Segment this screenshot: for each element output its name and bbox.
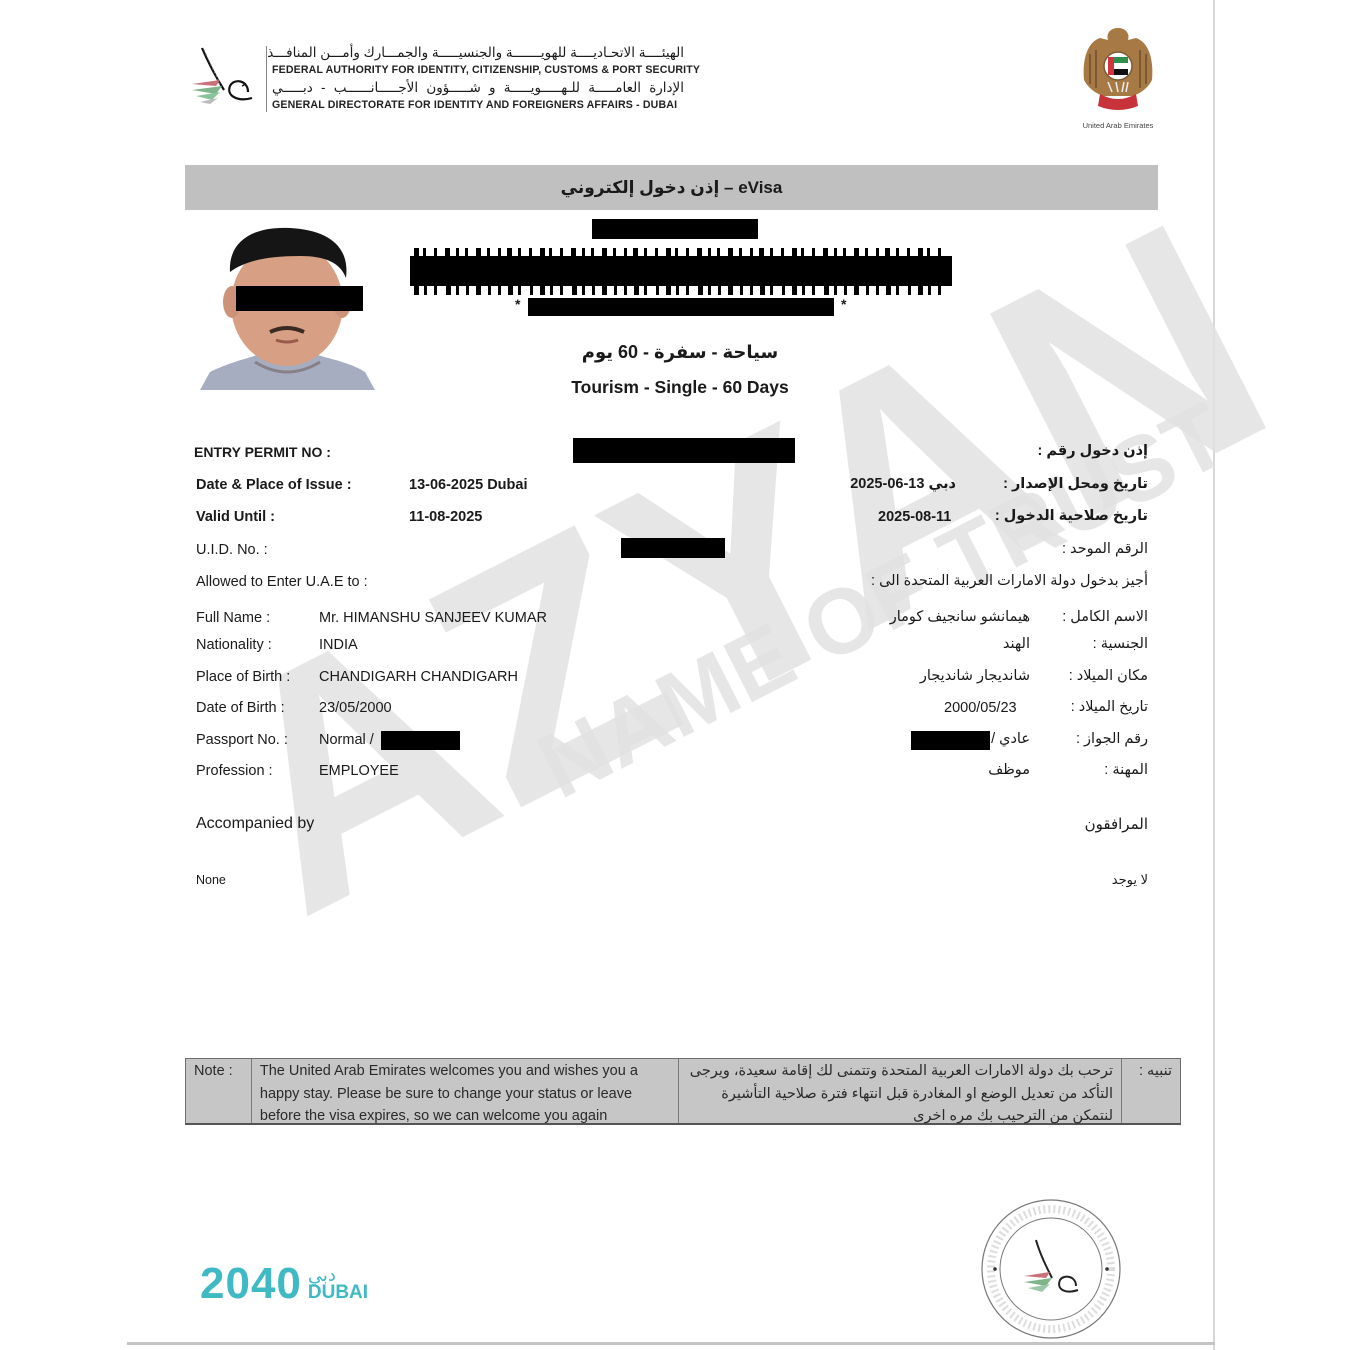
- accompanied-value-en: None: [196, 873, 226, 887]
- date-of-birth-label-en: Date of Birth :: [196, 700, 285, 716]
- visa-type-en: Tourism - Single - 60 Days: [400, 377, 960, 398]
- valid-until-value-ar: 2025-08-11: [878, 509, 951, 525]
- full-name-label-ar: الاسم الكامل :: [1062, 609, 1148, 625]
- note-label-ar: تنبيه :: [1122, 1059, 1180, 1123]
- passport-value-ar: عادي /: [991, 731, 1030, 747]
- place-of-birth-value-en: CHANDIGARH CHANDIGARH: [319, 669, 518, 685]
- profession-value-ar: موظف: [988, 762, 1030, 778]
- allowed-label-en: Allowed to Enter U.A.E to :: [196, 574, 368, 590]
- place-of-birth-value-ar: شانديجار شانديجار: [920, 668, 1030, 684]
- nationality-label-ar: الجنسية :: [1093, 636, 1148, 652]
- redacted-barcode-text: [528, 298, 834, 316]
- accompanied-label-en: Accompanied by: [196, 815, 314, 833]
- profession-value-en: EMPLOYEE: [319, 763, 399, 779]
- valid-until-value-en: 11-08-2025: [409, 509, 482, 525]
- issue-label-ar: تاريخ ومحل الإصدار :: [1003, 476, 1148, 492]
- profession-label-en: Profession :: [196, 763, 273, 779]
- full-name-value-ar: هيمانشو سانجيف كومار: [890, 609, 1030, 625]
- full-name-label-en: Full Name :: [196, 610, 270, 626]
- valid-until-label-en: Valid Until :: [196, 509, 275, 525]
- issue-value-ar: 2025-06-13 دبي: [850, 476, 956, 492]
- falcon-logo-icon: [190, 40, 262, 112]
- barcode-asterisk-right: *: [841, 296, 846, 312]
- note-text-ar: ترحب بك دولة الامارات العربية المتحدة وت…: [679, 1059, 1122, 1123]
- date-of-birth-value-ar: 2000/05/23: [944, 700, 1017, 716]
- accompanied-value-ar: لا يوجد: [1112, 872, 1148, 888]
- accompanied-label-ar: المرافقون: [1085, 815, 1148, 833]
- dubai-2040-en: DUBAI: [308, 1284, 368, 1302]
- page-right-edge: [1213, 0, 1215, 1350]
- page-bottom-edge: [127, 1342, 1215, 1345]
- uid-label-ar: الرقم الموحد :: [1062, 541, 1148, 557]
- full-name-value-en: Mr. HIMANSHU SANJEEV KUMAR: [319, 610, 547, 626]
- directorate-name-ar: الإدارة العامـــــة للـهـــــويـــــة و …: [272, 79, 684, 97]
- evisa-title-bar: إذن دخول إلكتروني – eVisa: [185, 165, 1158, 210]
- place-of-birth-label-ar: مكان الميلاد :: [1069, 668, 1148, 684]
- passport-label-ar: رقم الجواز :: [1076, 731, 1148, 747]
- passport-number-redacted-ar: [911, 731, 990, 750]
- dubai-2040-wordmark: دبي DUBAI: [308, 1266, 368, 1302]
- dubai-2040-logo: 2040 دبي DUBAI: [200, 1262, 368, 1306]
- official-seal-icon: [980, 1198, 1122, 1340]
- note-label-en: Note :: [186, 1059, 252, 1123]
- entry-permit-label-en: ENTRY PERMIT NO :: [194, 444, 331, 460]
- issue-value-en: 13-06-2025 Dubai: [409, 477, 527, 493]
- photo-redaction: [236, 286, 363, 311]
- entry-permit-value-redacted: [573, 438, 795, 463]
- nationality-value-en: INDIA: [319, 637, 358, 653]
- entry-permit-label-ar: إذن دخول رقم :: [1038, 443, 1148, 459]
- valid-until-label-ar: تاريخ صلاحية الدخول :: [995, 508, 1148, 524]
- evisa-title: إذن دخول إلكتروني – eVisa: [561, 178, 783, 198]
- visa-type-ar: سياحة - سفرة - 60 يوم: [400, 342, 960, 363]
- uid-value-redacted: [621, 538, 725, 558]
- date-of-birth-value-en: 23/05/2000: [319, 700, 392, 716]
- passport-label-en: Passport No. :: [196, 732, 288, 748]
- issue-label-en: Date & Place of Issue :: [196, 477, 352, 493]
- redacted-serial-top: [592, 219, 758, 239]
- uid-label-en: U.I.D. No. :: [196, 542, 268, 558]
- note-table: Note : The United Arab Emirates welcomes…: [185, 1058, 1181, 1125]
- nationality-value-ar: الهند: [1003, 636, 1030, 652]
- authority-name-ar: الهيئــــة الاتحـاديــــة للهويـــــــة …: [272, 44, 684, 62]
- redacted-barcode: [410, 246, 952, 298]
- dubai-2040-year: 2040: [200, 1262, 302, 1306]
- authority-name-en: FEDERAL AUTHORITY FOR IDENTITY, CITIZENS…: [272, 62, 684, 80]
- allowed-label-ar: أجيز بدخول دولة الامارات العربية المتحدة…: [871, 573, 1148, 589]
- note-text-en: The United Arab Emirates welcomes you an…: [252, 1059, 679, 1123]
- header-authority-block: الهيئــــة الاتحـاديــــة للهويـــــــة …: [272, 44, 684, 114]
- barcode-asterisk-left: *: [515, 296, 520, 312]
- uae-emblem-icon: [1078, 24, 1158, 120]
- date-of-birth-label-ar: تاريخ الميلاد :: [1071, 699, 1148, 715]
- nationality-label-en: Nationality :: [196, 637, 272, 653]
- passport-number-redacted-en: [381, 731, 460, 750]
- profession-label-ar: المهنة :: [1104, 762, 1148, 778]
- emblem-caption: United Arab Emirates: [1070, 121, 1166, 130]
- passport-value-en: Normal /: [319, 732, 374, 748]
- applicant-photo: [200, 222, 375, 390]
- directorate-name-en: GENERAL DIRECTORATE FOR IDENTITY AND FOR…: [272, 97, 684, 115]
- place-of-birth-label-en: Place of Birth :: [196, 669, 290, 685]
